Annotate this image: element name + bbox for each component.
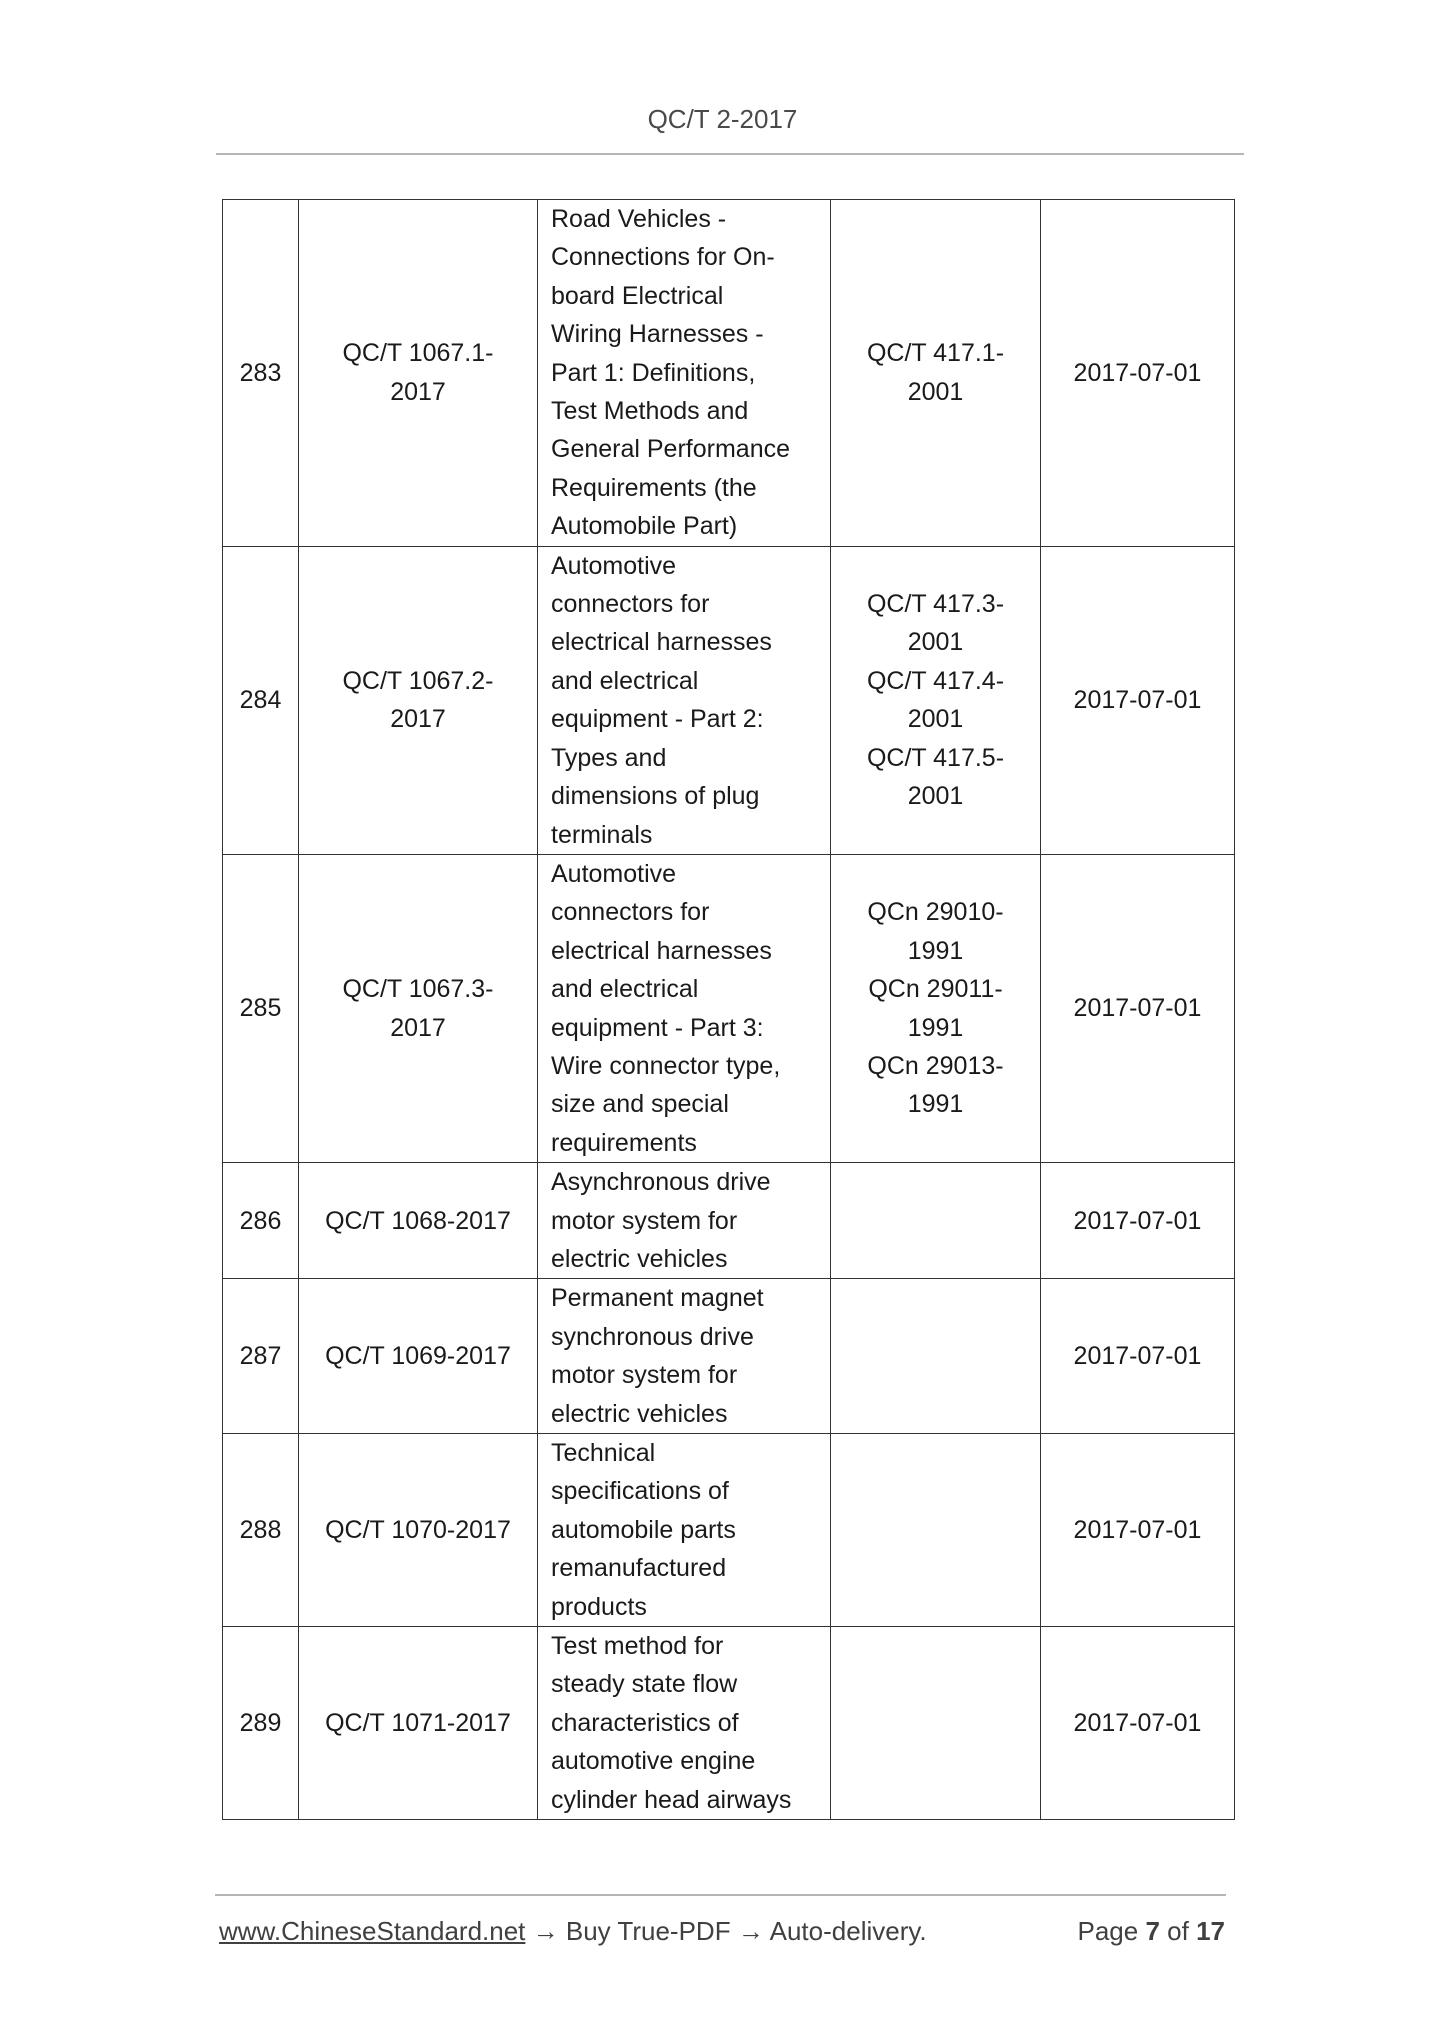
standard-code-line: 2017 [299,1009,537,1047]
table-row: 286QC/T 1068-2017Asynchronous drivemotor… [223,1163,1235,1279]
header-divider [216,153,1244,155]
effective-date-cell: 2017-07-01 [1041,1163,1235,1279]
standard-name-line: remanufactured [551,1549,830,1587]
replaced-standard-line: 1991 [831,932,1040,970]
standard-code-line: QC/T 1070-2017 [299,1511,537,1549]
standard-code-line: QC/T 1067.1- [299,334,537,372]
row-number-cell: 283 [223,200,299,547]
page-indicator: Page 7 of 17 [1077,1916,1225,1947]
page-label: Page [1077,1916,1138,1946]
standard-name-cell: Test method forsteady state flowcharacte… [538,1627,831,1820]
standard-code-line: QC/T 1067.3- [299,970,537,1008]
standard-name-line: Technical [551,1434,830,1472]
row-number-cell: 289 [223,1627,299,1820]
standard-name-cell: Automotiveconnectors forelectrical harne… [538,854,831,1162]
row-number-cell: 285 [223,854,299,1162]
standard-name-line: motor system for [551,1202,830,1240]
replaced-standard-cell: QC/T 417.1-2001 [831,200,1041,547]
row-number-cell: 288 [223,1434,299,1627]
standard-name-line: automobile parts [551,1511,830,1549]
table-row: 283QC/T 1067.1-2017Road Vehicles -Connec… [223,200,1235,547]
standard-code-cell: QC/T 1067.3-2017 [299,854,538,1162]
table-row: 285QC/T 1067.3-2017Automotiveconnectors … [223,854,1235,1162]
replaced-standard-line: 1991 [831,1009,1040,1047]
standard-name-line: automotive engine [551,1742,830,1780]
replaced-standard-line: QC/T 417.3- [831,585,1040,623]
standard-name-line: Test Methods and [551,392,830,430]
replaced-standard-cell [831,1163,1041,1279]
effective-date-cell: 2017-07-01 [1041,1434,1235,1627]
standard-code-cell: QC/T 1070-2017 [299,1434,538,1627]
standard-name-line: Wiring Harnesses - [551,315,830,353]
standard-name-line: and electrical [551,970,830,1008]
standard-name-line: Automobile Part) [551,507,830,545]
standard-name-line: products [551,1588,830,1626]
replaced-standard-cell [831,1279,1041,1434]
standard-name-cell: Road Vehicles -Connections for On-board … [538,200,831,547]
table-row: 288QC/T 1070-2017Technicalspecifications… [223,1434,1235,1627]
replaced-standard-cell: QCn 29010-1991QCn 29011-1991QCn 29013-19… [831,854,1041,1162]
standard-name-line: Test method for [551,1627,830,1665]
row-number-cell: 286 [223,1163,299,1279]
standard-name-line: steady state flow [551,1665,830,1703]
standard-code-line: QC/T 1067.2- [299,662,537,700]
standard-name-line: dimensions of plug [551,777,830,815]
effective-date-cell: 2017-07-01 [1041,1279,1235,1434]
standard-name-line: specifications of [551,1472,830,1510]
standard-name-line: Automotive [551,855,830,893]
standard-code-cell: QC/T 1067.2-2017 [299,546,538,854]
standard-name-line: electrical harnesses [551,932,830,970]
standard-code-cell: QC/T 1071-2017 [299,1627,538,1820]
replaced-standard-line: QC/T 417.5- [831,739,1040,777]
replaced-standard-line: QCn 29013- [831,1047,1040,1085]
arrow-right-icon: → [533,1916,559,1946]
standard-name-line: Connections for On- [551,238,830,276]
standard-name-line: equipment - Part 3: [551,1009,830,1047]
standard-name-line: connectors for [551,893,830,931]
footer-promo: www.ChineseStandard.net → Buy True-PDF →… [219,1916,927,1947]
table-row: 284QC/T 1067.2-2017Automotiveconnectors … [223,546,1235,854]
standard-name-line: cylinder head airways [551,1781,830,1819]
standard-code-cell: QC/T 1069-2017 [299,1279,538,1434]
replaced-standard-line: 2001 [831,373,1040,411]
standard-code-line: QC/T 1069-2017 [299,1337,537,1375]
page-current: 7 [1145,1916,1159,1946]
standard-name-line: electric vehicles [551,1240,830,1278]
standard-name-line: requirements [551,1124,830,1162]
table-row: 287QC/T 1069-2017Permanent magnetsynchro… [223,1279,1235,1434]
standard-code-cell: QC/T 1068-2017 [299,1163,538,1279]
replaced-standard-line: 2001 [831,777,1040,815]
standard-name-line: Permanent magnet [551,1279,830,1317]
standard-name-line: Road Vehicles - [551,200,830,238]
standard-name-line: and electrical [551,662,830,700]
standards-table: 283QC/T 1067.1-2017Road Vehicles -Connec… [222,199,1235,1820]
footer-divider [215,1894,1226,1896]
standard-name-line: Automotive [551,547,830,585]
standard-name-cell: Asynchronous drivemotor system forelectr… [538,1163,831,1279]
standard-name-line: Asynchronous drive [551,1163,830,1201]
standard-name-cell: Technicalspecifications ofautomobile par… [538,1434,831,1627]
standard-code-cell: QC/T 1067.1-2017 [299,200,538,547]
standard-code-line: 2017 [299,700,537,738]
replaced-standard-cell [831,1627,1041,1820]
row-number-cell: 284 [223,546,299,854]
standard-name-line: connectors for [551,585,830,623]
arrow-right-icon: → [738,1916,764,1946]
standard-name-cell: Permanent magnetsynchronous drivemotor s… [538,1279,831,1434]
replaced-standard-line: 2001 [831,700,1040,738]
effective-date-cell: 2017-07-01 [1041,1627,1235,1820]
document-header-title: QC/T 2-2017 [0,104,1445,135]
standard-code-line: 2017 [299,373,537,411]
replaced-standard-line: 2001 [831,623,1040,661]
page-total: 17 [1196,1916,1225,1946]
standard-name-line: Wire connector type, [551,1047,830,1085]
effective-date-cell: 2017-07-01 [1041,854,1235,1162]
standard-name-line: electrical harnesses [551,623,830,661]
standard-name-line: synchronous drive [551,1318,830,1356]
row-number-cell: 287 [223,1279,299,1434]
standard-name-line: terminals [551,816,830,854]
standard-name-line: motor system for [551,1356,830,1394]
standard-name-line: size and special [551,1085,830,1123]
standard-code-line: QC/T 1071-2017 [299,1704,537,1742]
standard-name-line: Requirements (the [551,469,830,507]
website-link[interactable]: www.ChineseStandard.net [219,1916,525,1946]
replaced-standard-line: 1991 [831,1085,1040,1123]
standard-name-line: characteristics of [551,1704,830,1742]
standard-name-line: General Performance [551,430,830,468]
standard-name-line: Part 1: Definitions, [551,354,830,392]
standard-name-line: equipment - Part 2: [551,700,830,738]
replaced-standard-cell [831,1434,1041,1627]
replaced-standard-line: QCn 29010- [831,893,1040,931]
standard-name-line: electric vehicles [551,1395,830,1433]
page-of: of [1167,1916,1189,1946]
standards-table-body: 283QC/T 1067.1-2017Road Vehicles -Connec… [223,200,1235,1820]
effective-date-cell: 2017-07-01 [1041,546,1235,854]
footer-step-buy: Buy True-PDF [566,1916,731,1946]
standard-name-line: Types and [551,739,830,777]
replaced-standard-line: QC/T 417.4- [831,662,1040,700]
standard-name-line: board Electrical [551,277,830,315]
footer-step-delivery: Auto-delivery. [770,1916,927,1946]
effective-date-cell: 2017-07-01 [1041,200,1235,547]
standard-code-line: QC/T 1068-2017 [299,1202,537,1240]
replaced-standard-line: QC/T 417.1- [831,334,1040,372]
replaced-standard-line: QCn 29011- [831,970,1040,1008]
standard-name-cell: Automotiveconnectors forelectrical harne… [538,546,831,854]
table-row: 289QC/T 1071-2017Test method forsteady s… [223,1627,1235,1820]
replaced-standard-cell: QC/T 417.3-2001QC/T 417.4-2001QC/T 417.5… [831,546,1041,854]
